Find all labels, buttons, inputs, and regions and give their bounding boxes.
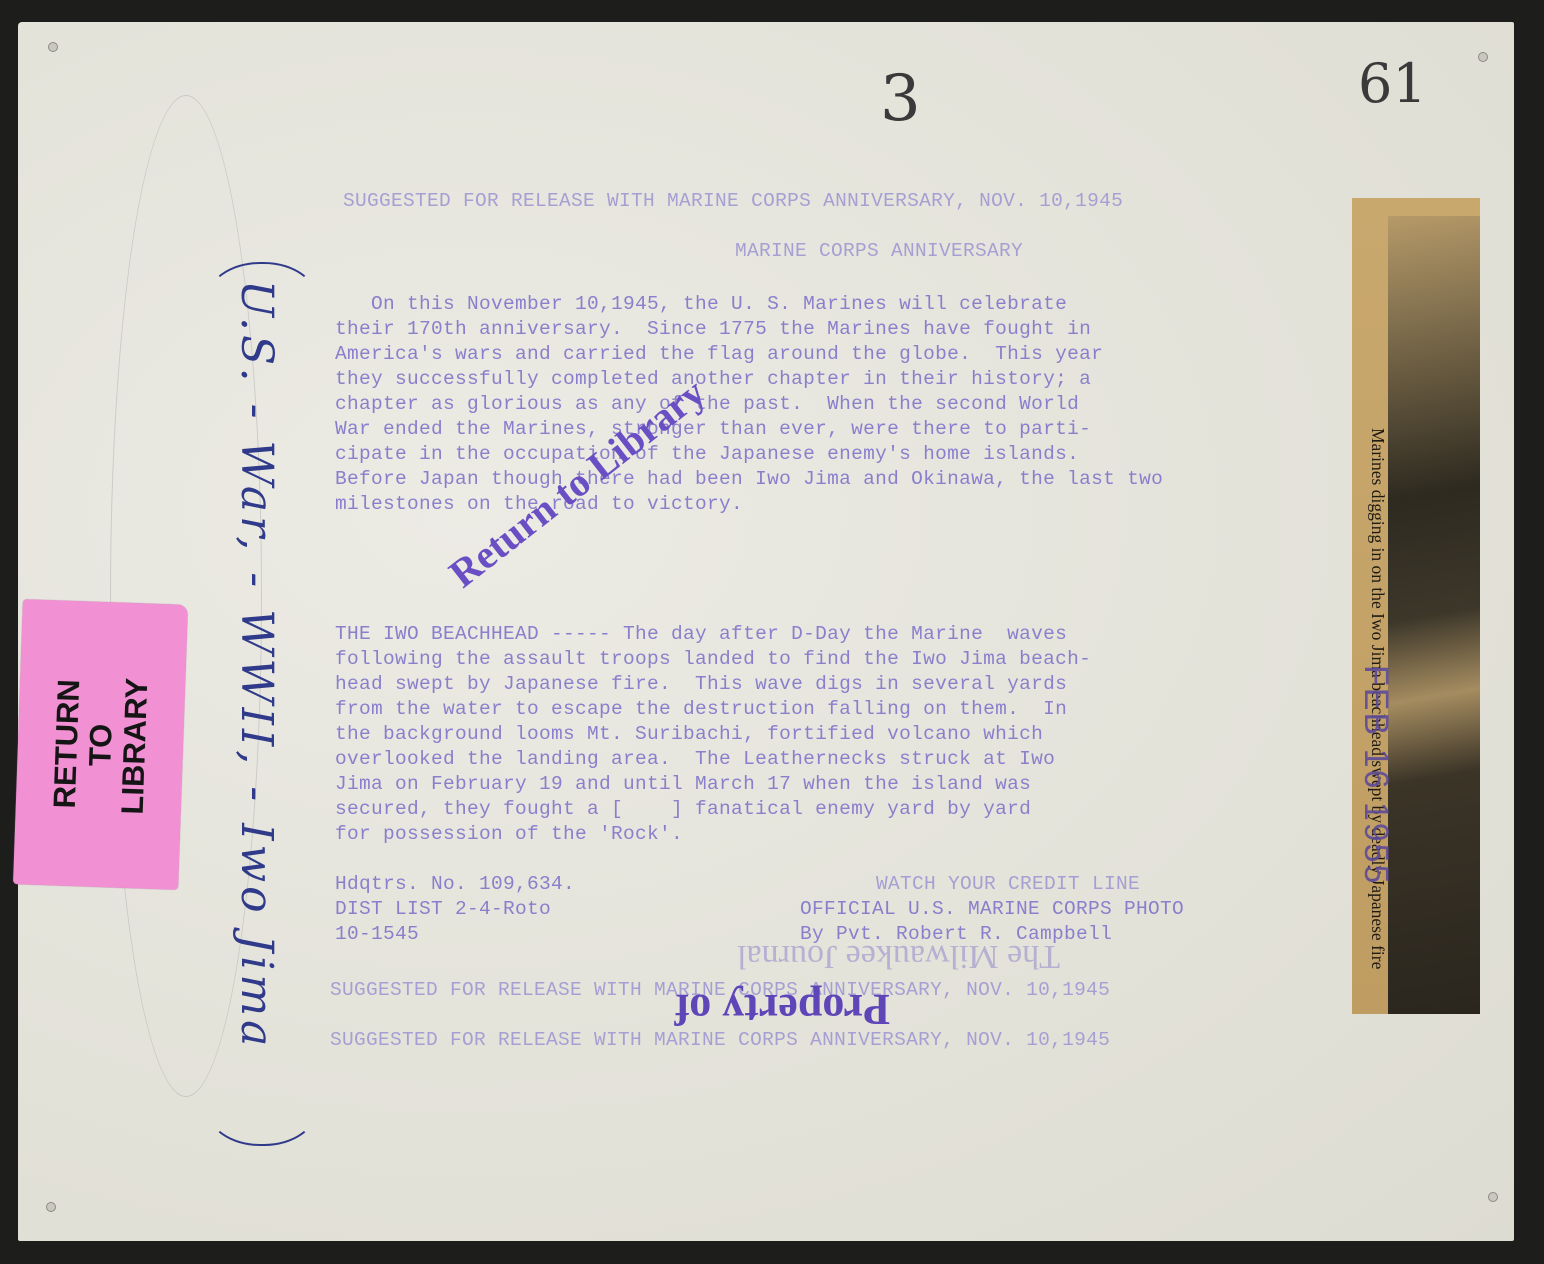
document-title: MARINE CORPS ANNIVERSARY: [735, 238, 1023, 264]
sticker-line: LIBRARY: [115, 677, 154, 815]
pin-hole: [1478, 52, 1488, 62]
handwritten-margin-note: U.S. - War, - WWII, - Iwo Jima: [231, 280, 282, 1050]
text-line: the background looms Mt. Suribachi, fort…: [335, 721, 1043, 747]
text-line: from the water to escape the destruction…: [335, 696, 1067, 722]
pin-hole: [48, 42, 58, 52]
newspaper-clipping: Marines digging in on the Iwo Jima beach…: [1352, 198, 1480, 1014]
sticker-line: RETURN: [47, 674, 86, 812]
clipping-photo: [1388, 216, 1480, 1014]
sticker-line: TO: [81, 676, 120, 814]
text-line: Before Japan though there had been Iwo J…: [335, 466, 1163, 492]
text-line: head swept by Japanese fire. This wave d…: [335, 671, 1067, 697]
text-line: War ended the Marines, stronger than eve…: [335, 416, 1091, 442]
text-line: Jima on February 19 and until March 17 w…: [335, 771, 1031, 797]
handwritten-number-3: 3: [880, 62, 921, 136]
text-line: they successfully completed another chap…: [335, 366, 1091, 392]
property-of-stamp: Property of: [675, 984, 890, 1035]
text-line: following the assault troops landed to f…: [335, 646, 1091, 672]
release-line-header: SUGGESTED FOR RELEASE WITH MARINE CORPS …: [343, 188, 1123, 214]
hq-number: Hdqtrs. No. 109,634.: [335, 871, 575, 897]
text-line: overlooked the landing area. The Leather…: [335, 746, 1055, 772]
date-received-stamp: FEB 16 1955: [1356, 665, 1395, 885]
date-code: 10-1545: [335, 921, 419, 947]
text-line: America's wars and carried the flag arou…: [335, 341, 1103, 367]
text-line: for possession of the 'Rock'.: [335, 821, 683, 847]
journal-stamp-faint: The Milwaukee Journal: [737, 937, 1060, 975]
pin-hole: [1488, 1192, 1498, 1202]
credit-line-warning: WATCH YOUR CREDIT LINE: [876, 871, 1140, 897]
text-line: cipate in the occupation of the Japanese…: [335, 441, 1079, 467]
text-line: On this November 10,1945, the U. S. Mari…: [335, 291, 1067, 317]
handwritten-number-61: 61: [1358, 52, 1427, 115]
text-line: THE IWO BEACHHEAD ----- The day after D-…: [335, 621, 1067, 647]
dist-list: DIST LIST 2-4-Roto: [335, 896, 551, 922]
sticker-text: RETURN TO LIBRARY: [47, 674, 154, 814]
text-line: their 170th anniversary. Since 1775 the …: [335, 316, 1091, 342]
official-photo-label: OFFICIAL U.S. MARINE CORPS PHOTO: [800, 896, 1184, 922]
pin-hole: [46, 1202, 56, 1212]
text-line: secured, they fought a [ ] fanatical ene…: [335, 796, 1031, 822]
return-to-library-sticker: RETURN TO LIBRARY: [13, 599, 188, 890]
